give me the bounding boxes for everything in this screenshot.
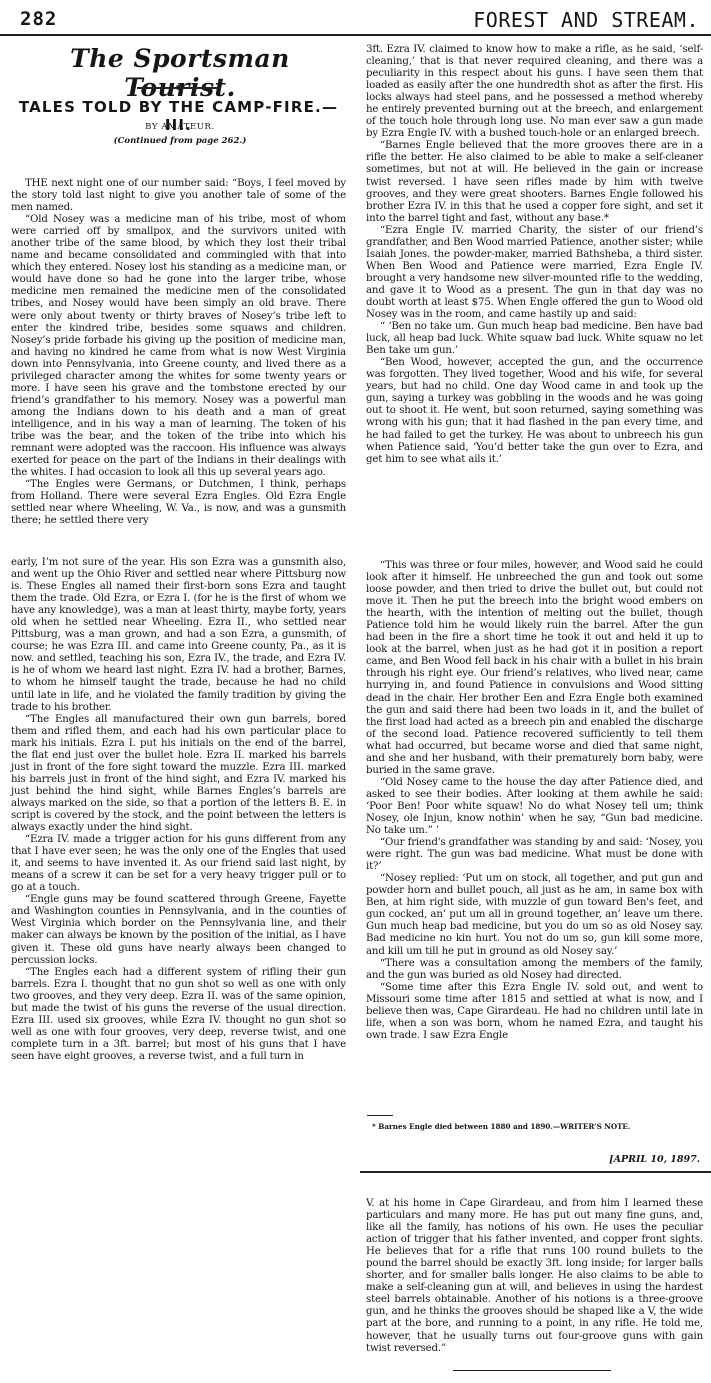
publication-name: FOREST AND STREAM.: [473, 8, 699, 32]
paragraph: THE next night one of our number said: “…: [11, 178, 346, 214]
paragraph: “ ‘Ben no take um. Gun much heap bad med…: [366, 321, 703, 357]
department-title: The Sportsman Tourist.: [20, 44, 340, 102]
left-column-top: THE next night one of our number said: “…: [11, 178, 346, 527]
header-rule: [0, 34, 711, 36]
right-column-top: 3ft. Ezra IV. claimed to know how to mak…: [366, 44, 703, 466]
paragraph: V. at his home in Cape Girardeau, and fr…: [366, 1198, 703, 1355]
issue-date: [APRIL 10, 1897.: [560, 1154, 700, 1165]
end-rule: [453, 1370, 611, 1371]
section-rule: [360, 1171, 711, 1173]
footnote: * Barnes Engle died between 1880 and 189…: [372, 1122, 702, 1131]
masthead: 282 FOREST AND STREAM.: [10, 6, 705, 36]
left-column-bottom: early, I’m not sure of the year. His son…: [11, 557, 346, 1063]
paragraph: “Engle guns may be found scattered throu…: [11, 894, 346, 966]
right-column-bottom: V. at his home in Cape Girardeau, and fr…: [366, 1198, 703, 1355]
paragraph: “Our friend's grandfather was standing b…: [366, 837, 703, 873]
paragraph: “This was three or four miles, however, …: [366, 560, 703, 777]
paragraph: early, I’m not sure of the year. His son…: [11, 557, 346, 714]
ornament-divider-icon: [137, 85, 221, 92]
paragraph: “The Engles all manufactured their own g…: [11, 714, 346, 834]
right-column-middle: “This was three or four miles, however, …: [366, 560, 703, 1042]
paragraph: “Ezra IV. made a trigger action for his …: [11, 834, 346, 894]
paragraph: “The Engles each had a different system …: [11, 967, 346, 1063]
paragraph: 3ft. Ezra IV. claimed to know how to mak…: [366, 44, 703, 140]
byline: BY AMATEUR.: [20, 122, 340, 132]
paragraph: “There was a consultation among the memb…: [366, 958, 703, 982]
paragraph: “The Engles were Germans, or Dutchmen, I…: [11, 479, 346, 527]
paragraph: “Nosey replied: ‘Put um on stock, all to…: [366, 873, 703, 957]
paragraph: “Barnes Engle believed that the more gro…: [366, 140, 703, 224]
paragraph: “Ezra Engle IV. married Charity, the sis…: [366, 225, 703, 321]
footnote-rule: [367, 1115, 393, 1116]
paragraph: “Old Nosey was a medicine man of his tri…: [11, 214, 346, 479]
page-number: 282: [20, 8, 57, 30]
paragraph: “Ben Wood, however, accepted the gun, an…: [366, 357, 703, 465]
paragraph: “Old Nosey came to the house the day aft…: [366, 777, 703, 837]
continued-note: (Continued from page 262.): [20, 136, 340, 146]
paragraph: “Some time after this Ezra Engle IV. sol…: [366, 982, 703, 1042]
